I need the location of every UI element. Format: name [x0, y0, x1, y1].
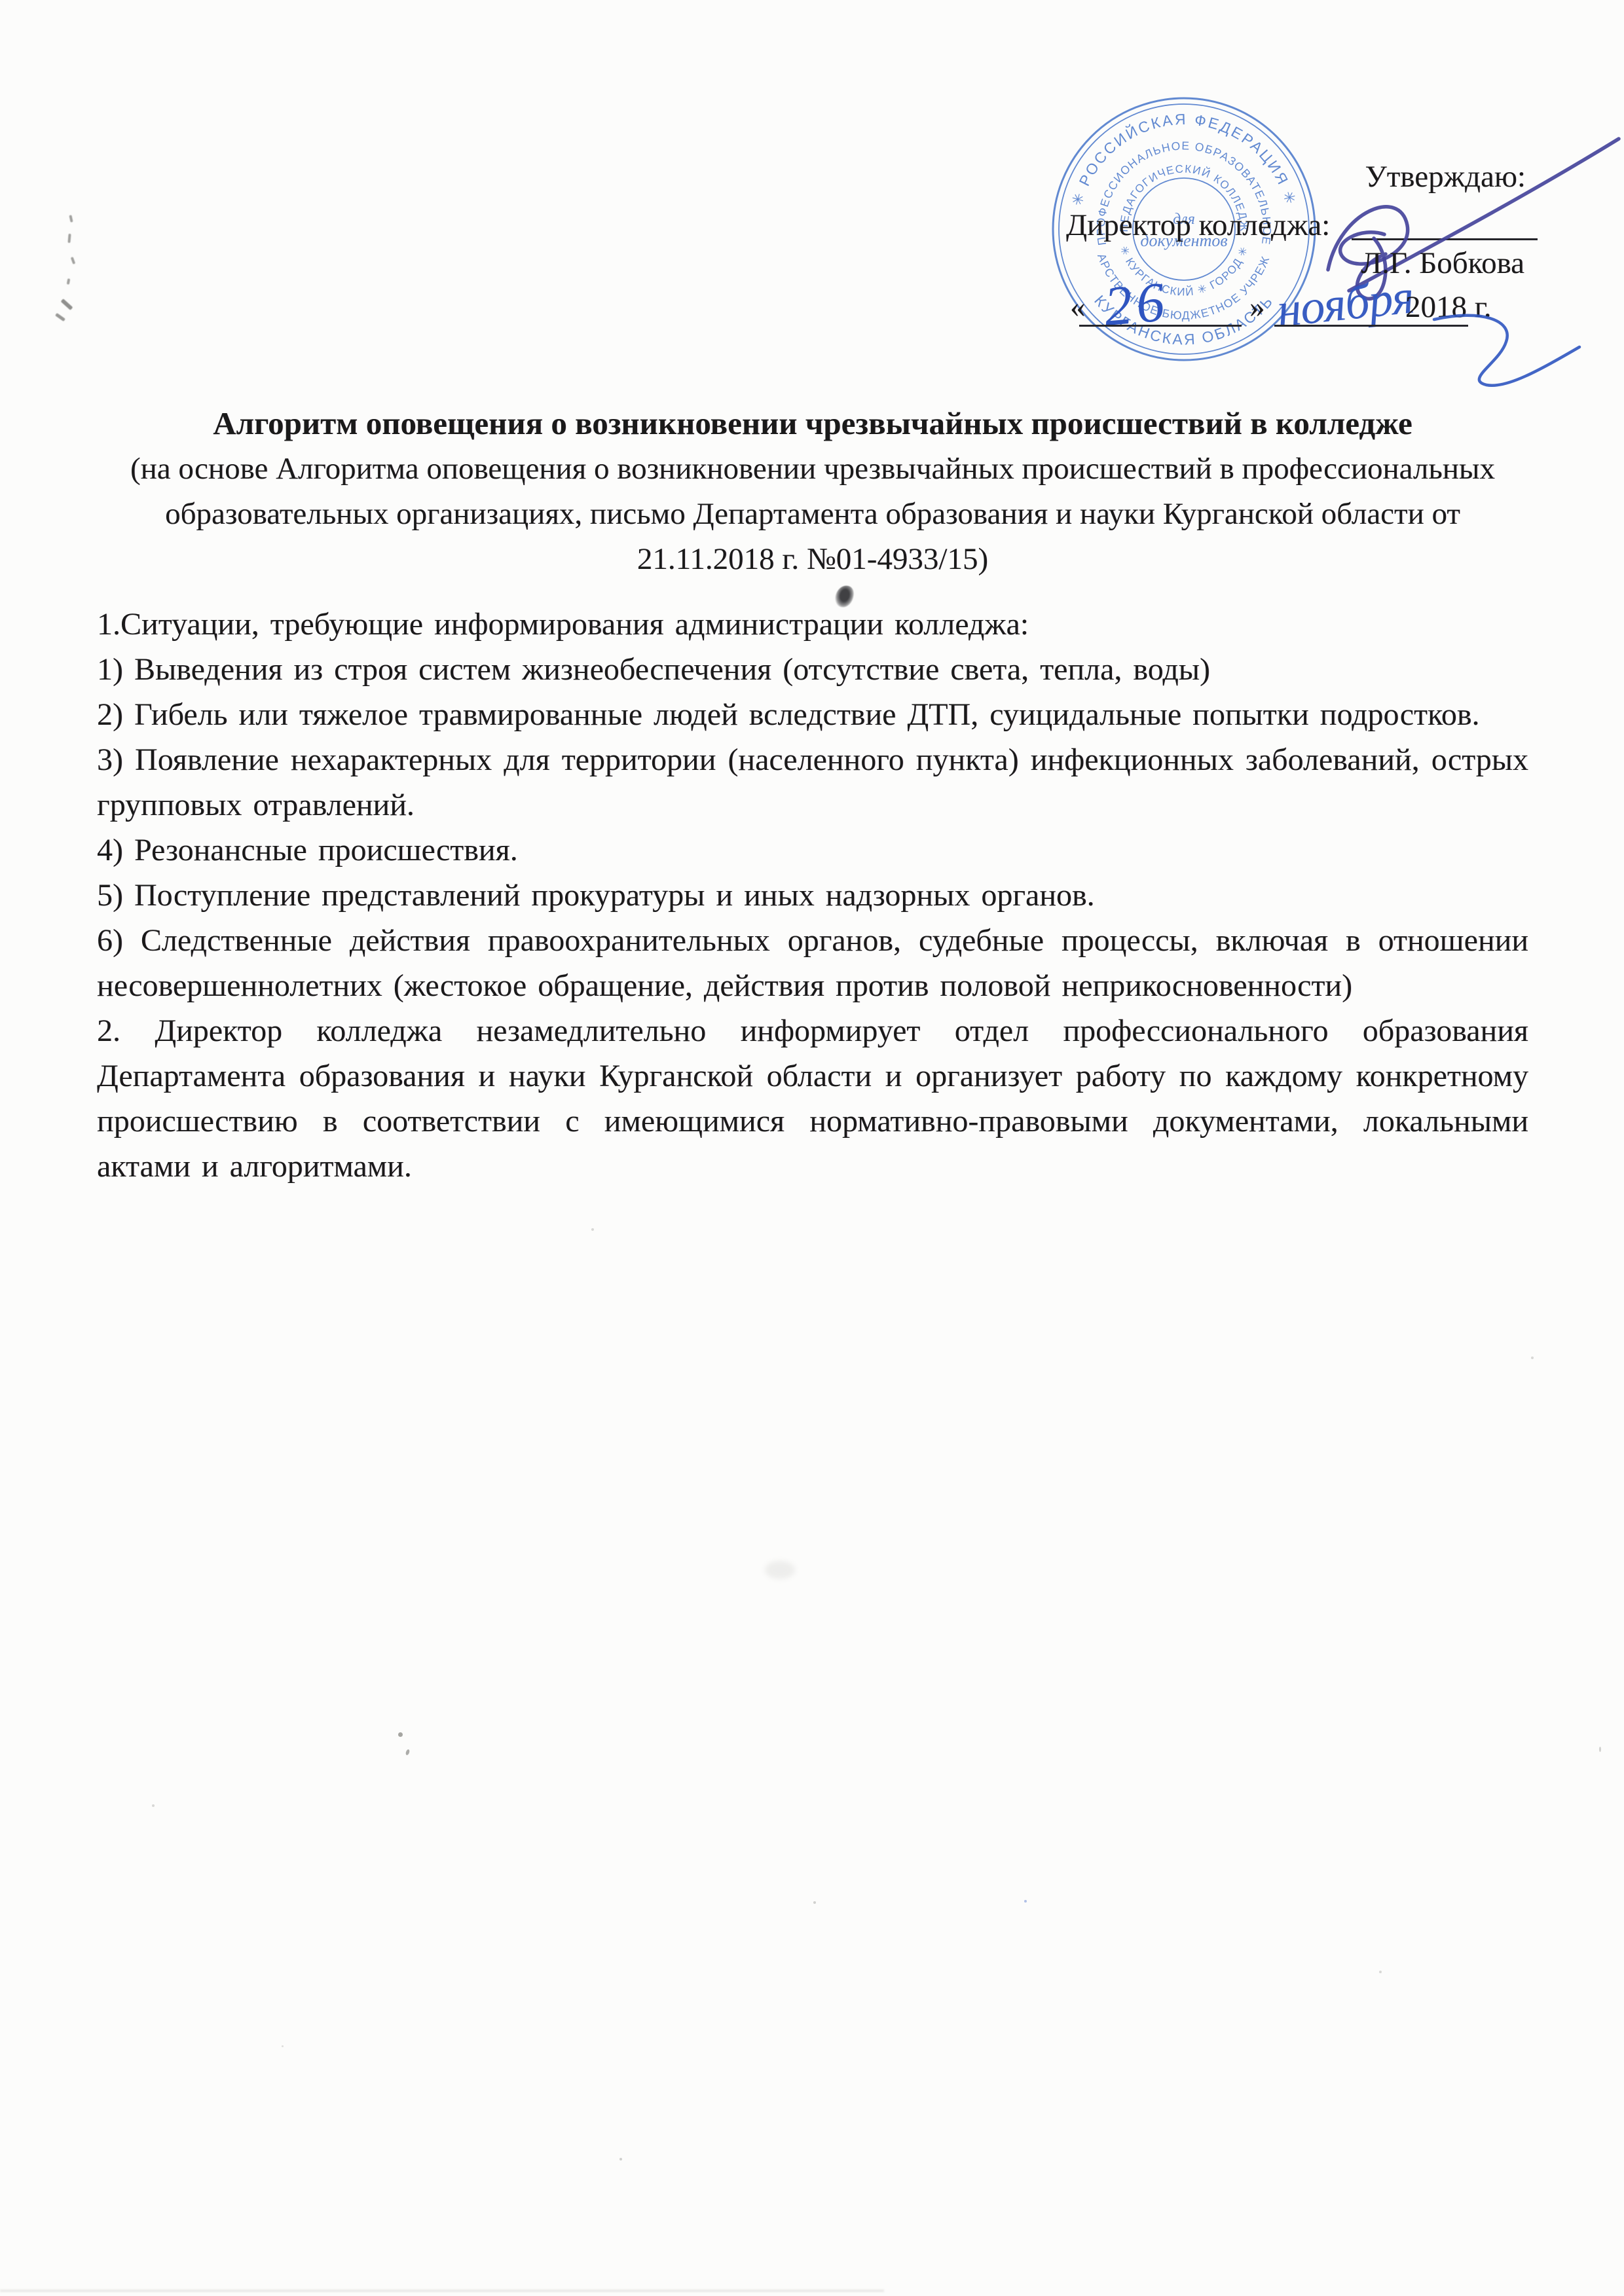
scan-speckle — [405, 1749, 411, 1755]
scan-speckle — [619, 2158, 622, 2160]
scan-speckle — [1531, 1357, 1534, 1359]
handwritten-day: 26 — [1101, 268, 1171, 339]
scan-speckle — [591, 1228, 594, 1231]
document-title: Алгоритм оповещения о возникновении чрез… — [97, 401, 1528, 446]
body-paragraph: 1.Ситуации, требующие информирования адм… — [97, 602, 1528, 647]
body-paragraph: 6) Следственные действия правоохранитель… — [97, 918, 1528, 1008]
scan-edge-shadow — [0, 2289, 884, 2292]
scan-speckle — [152, 1804, 155, 1807]
scanned-page: ✳ РОССИЙСКАЯ ФЕДЕРАЦИЯ ✳ КУРГАНСКАЯ ОБЛА… — [0, 0, 1624, 2296]
date-day-underline — [1079, 325, 1242, 327]
document-content: Алгоритм оповещения о возникновении чрез… — [97, 401, 1528, 1189]
document-body: 1.Ситуации, требующие информирования адм… — [97, 602, 1528, 1189]
scan-speckle — [1599, 1747, 1601, 1752]
scan-speckle — [1435, 941, 1439, 945]
scan-speckle — [282, 2045, 284, 2047]
document-subtitle: (на основе Алгоритма оповещения о возник… — [97, 446, 1528, 582]
date-quote-close: » — [1249, 289, 1265, 325]
date-quote-open: « — [1070, 289, 1086, 325]
body-paragraph: 3) Появление нехарактерных для территори… — [97, 737, 1528, 828]
body-paragraph: 2. Директор колледжа незамедлительно инф… — [97, 1008, 1528, 1189]
body-paragraph: 5) Поступление представлений прокуратуры… — [97, 873, 1528, 918]
scan-speckle — [1379, 1971, 1382, 1973]
body-paragraph: 1) Выведения из строя систем жизнеобеспе… — [97, 647, 1528, 692]
scan-speckle — [398, 1732, 403, 1737]
body-paragraph: 4) Резонансные происшествия. — [97, 828, 1528, 873]
month-flourish-stroke — [1408, 308, 1604, 399]
scan-smudge — [765, 1561, 795, 1579]
body-paragraph: 2) Гибель или тяжелое травмированные люд… — [97, 692, 1528, 737]
scan-speckle — [1024, 1900, 1027, 1903]
scan-speckle — [813, 1901, 816, 1904]
